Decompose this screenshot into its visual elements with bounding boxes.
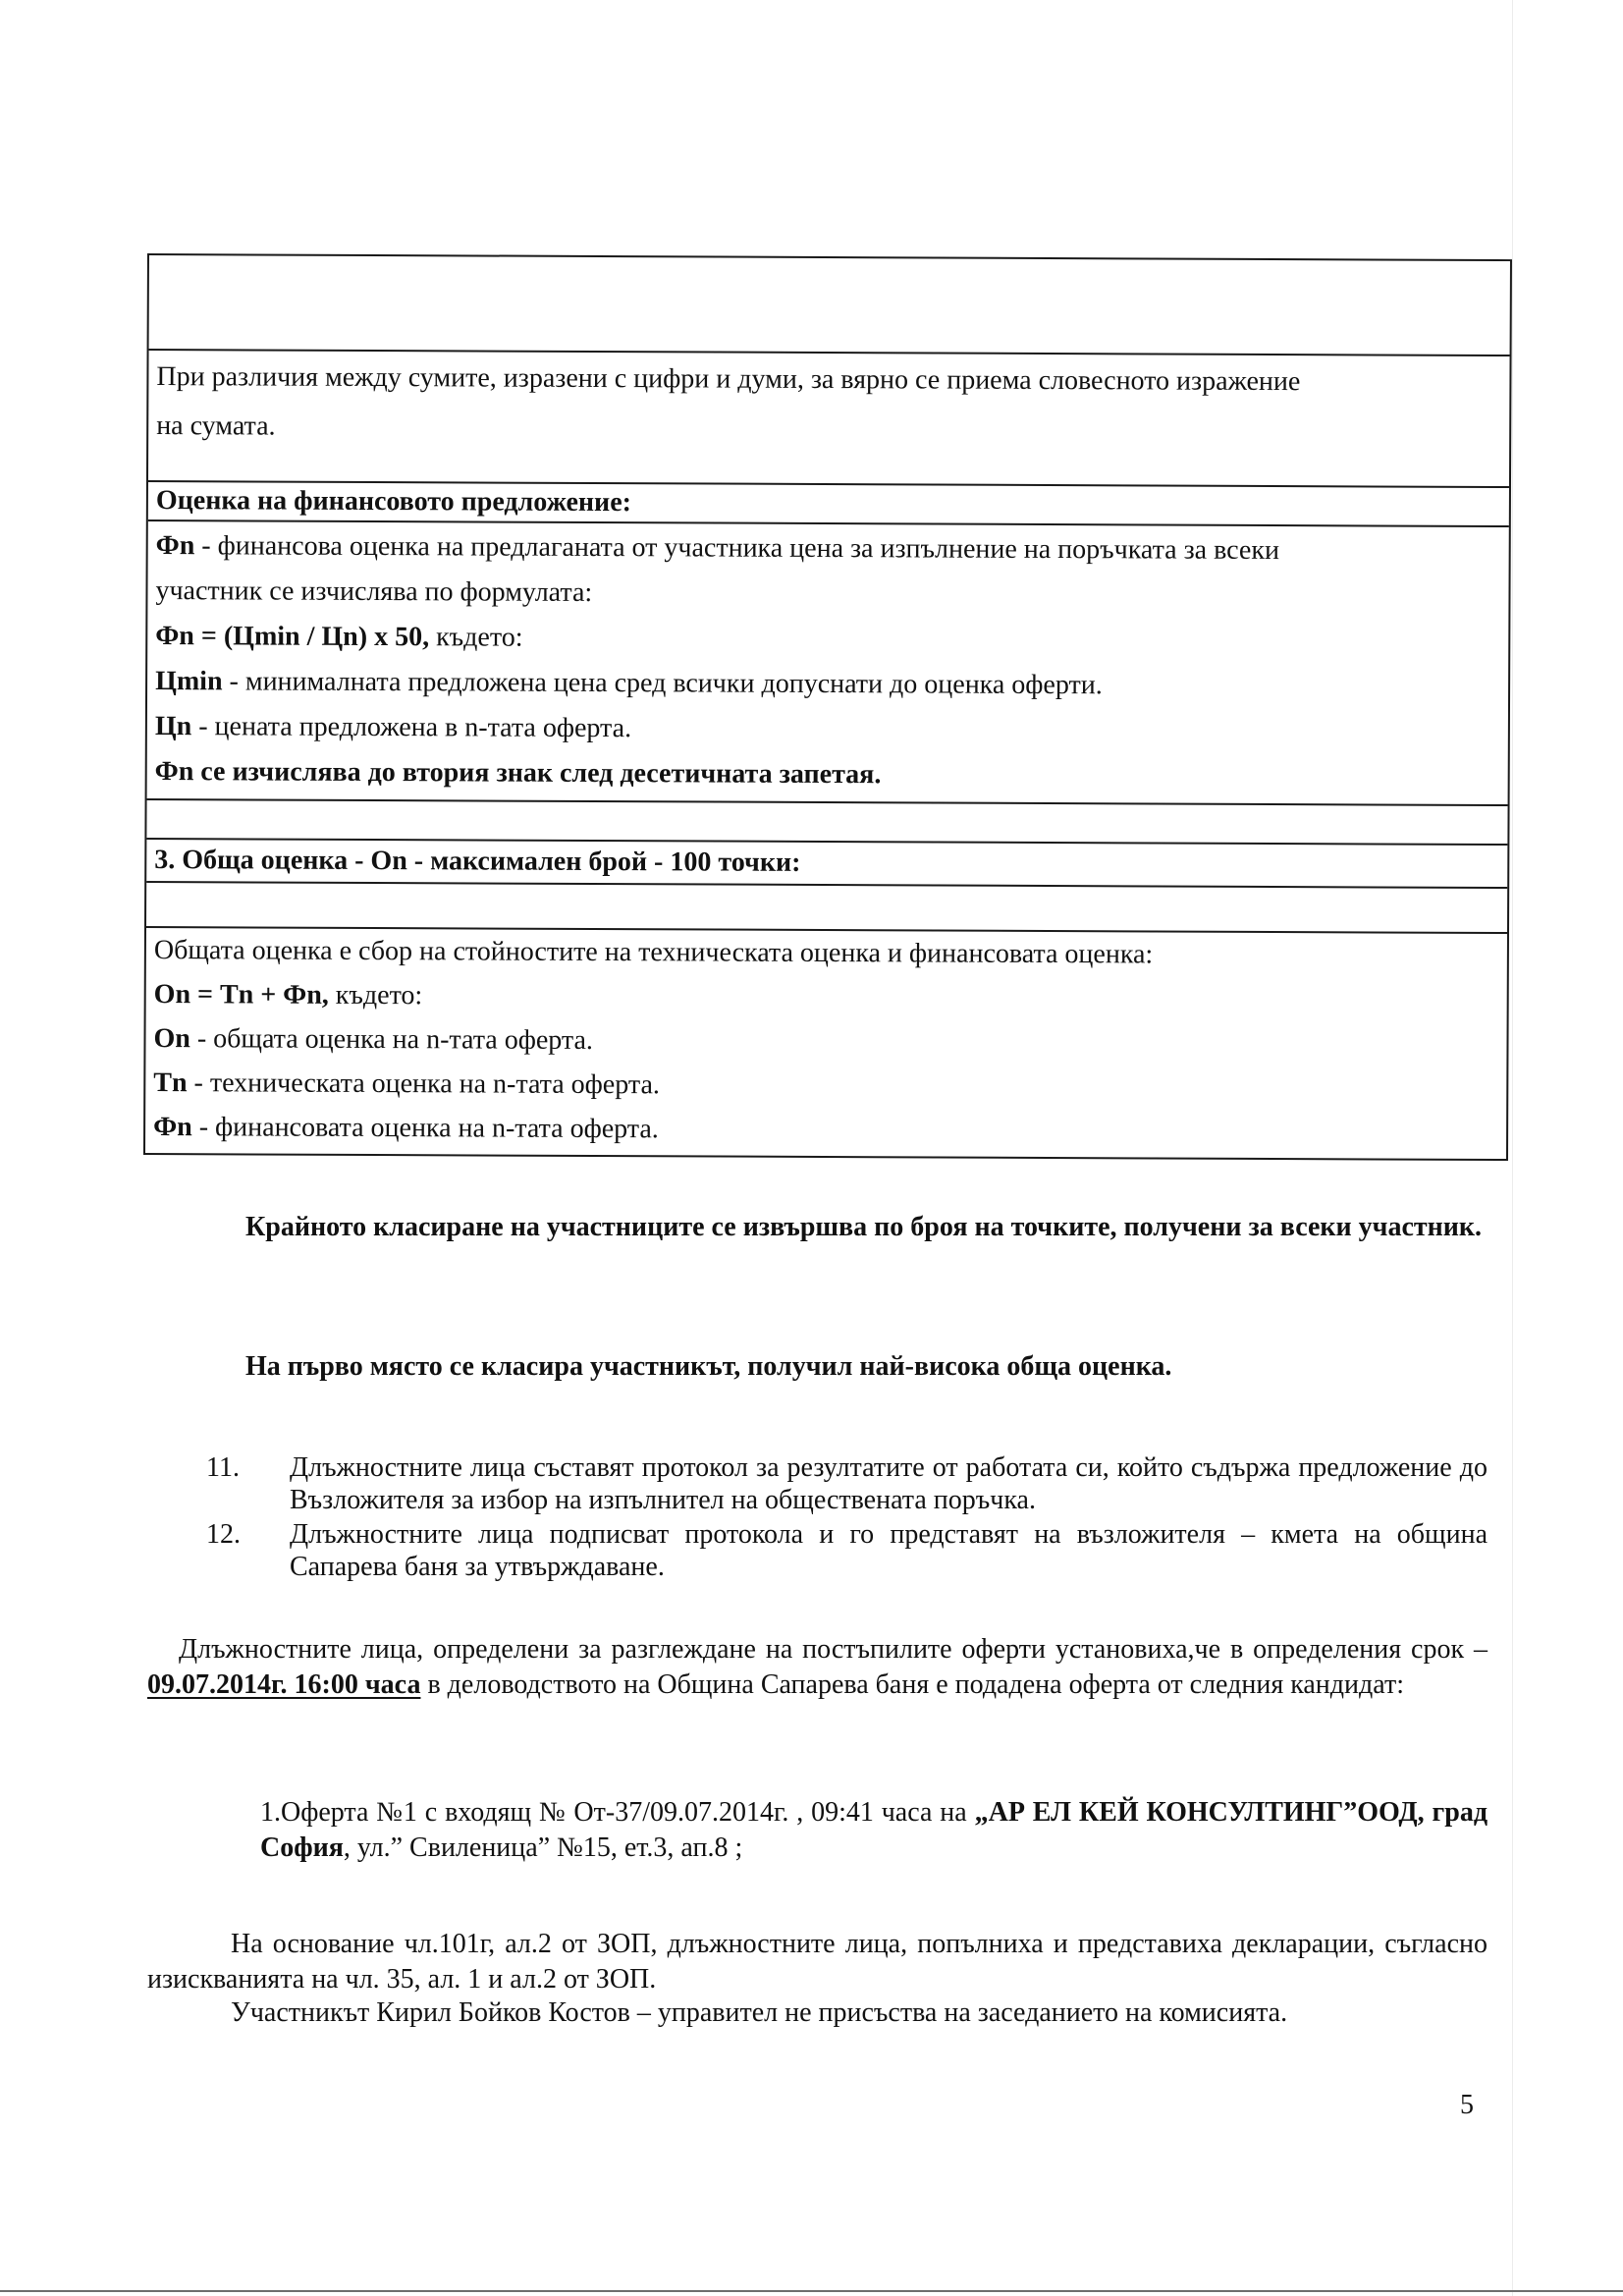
officials-text-after: в деловодството на Община Сапарева баня … — [420, 1669, 1404, 1700]
list-item: 12. Длъжностните лица подписват протокол… — [206, 1518, 1488, 1583]
fn-final-definition: Фn - финансовата оценка на n-тата оферта… — [153, 1105, 1498, 1155]
absence-paragraph: Участникът Кирил Бойков Костов – управит… — [231, 1995, 1507, 2031]
table-row-amount-discrepancy: При различия между сумите, изразени с ци… — [148, 349, 1510, 486]
table-row-total-formula: Общата оценка е сбор на стойностите на т… — [145, 926, 1507, 1159]
cn-description: - цената предложена в n-тата оферта. — [191, 711, 631, 743]
declarations-paragraph: На основание чл.101г, ал.2 от ЗОП, длъжн… — [147, 1927, 1488, 1997]
table-row-financial-formula: Фn - финансова оценка на предлаганата от… — [147, 519, 1509, 804]
numbered-list: 11. Длъжностните лица съставят протокол … — [206, 1451, 1488, 1585]
list-item-text: Длъжностните лица подписват протокола и … — [290, 1518, 1488, 1583]
financial-offer-heading: Оценка на финансовото предложение: — [148, 480, 1509, 525]
list-item-number: 12. — [206, 1518, 290, 1583]
deadline-date: 09.07.2014г. 16:00 часа — [147, 1669, 420, 1700]
on-definition: Оn - общата оценка на n-тата оферта. — [153, 1016, 1498, 1066]
fn-rounding-note: Фn се изчислява до втория знак след десе… — [155, 749, 1500, 800]
fn-definition-line2: участник се изчислява по формулата: — [155, 569, 1500, 620]
offer-prefix: 1.Оферта №1 с входящ № От-37/09.07.2014г… — [260, 1797, 975, 1828]
scan-edge-line — [1512, 0, 1513, 2296]
fn-final-term: Фn — [153, 1112, 192, 1142]
table-row-empty — [146, 881, 1507, 932]
officials-text-before: Длъжностните лица, определени за разглеж… — [179, 1634, 1488, 1665]
on-formula: Оn = Тn + Фn, където: — [154, 972, 1499, 1022]
list-item: 11. Длъжностните лица съставят протокол … — [206, 1451, 1488, 1516]
on-formula-expression: Оn = Тn + Фn, — [154, 979, 329, 1011]
fn-term: Фn — [156, 530, 195, 561]
fn-definition-line1: Фn - финансова оценка на предлаганата от… — [156, 523, 1501, 574]
on-term: Оn — [153, 1023, 189, 1054]
evaluation-criteria-table: При различия между сумите, изразени с ци… — [143, 253, 1512, 1161]
list-item-text: Длъжностните лица съставят протокол за р… — [290, 1451, 1488, 1516]
tn-definition: Тn - техническата оценка на n-тата оферт… — [153, 1061, 1498, 1111]
cn-term: Цn — [155, 711, 191, 741]
first-place-paragraph: На първо място се класира участникът, по… — [245, 1345, 1424, 1389]
on-formula-where: където: — [329, 980, 423, 1011]
cmin-term: Цmin — [155, 666, 223, 696]
officials-paragraph: Длъжностните лица, определени за разглеж… — [147, 1632, 1488, 1703]
ranking-paragraph: Крайното класиране на участниците се изв… — [152, 1206, 1492, 1249]
table-row-empty — [149, 255, 1510, 355]
cmin-definition: Цmin - минималната предложена цена сред … — [155, 659, 1500, 710]
fn-description: - финансова оценка на предлаганата от уч… — [194, 530, 1279, 566]
discrepancy-text-line2: на сумата. — [156, 402, 1501, 457]
tn-description: - техническата оценка на n-тата оферта. — [187, 1067, 659, 1100]
total-score-heading: 3. Обща оценка - Оn - максимален брой - … — [146, 838, 1507, 887]
fn-formula-where: където: — [429, 622, 523, 652]
fn-final-description: - финансовата оценка на n-тата оферта. — [192, 1112, 659, 1144]
offer-address: , ул.” Свиленица” №15, ет.3, ап.8 ; — [344, 1832, 742, 1863]
scan-bottom-edge — [0, 2290, 1623, 2292]
total-intro: Общата оценка е сбор на стойностите на т… — [154, 928, 1499, 978]
list-item-number: 11. — [206, 1451, 290, 1516]
offer-entry: 1.Оферта №1 с входящ № От-37/09.07.2014г… — [260, 1795, 1488, 1866]
discrepancy-text-line1: При различия между сумите, изразени с ци… — [156, 353, 1501, 408]
cmin-description: - минималната предложена цена сред всичк… — [223, 666, 1103, 700]
tn-term: Тn — [153, 1067, 187, 1098]
on-description: - общата оценка на n-тата оферта. — [190, 1023, 593, 1056]
fn-formula-expression: Фn = (Цmin / Цn) x 50, — [155, 621, 429, 652]
fn-formula: Фn = (Цmin / Цn) x 50, където: — [155, 614, 1500, 665]
cn-definition: Цn - цената предложена в n-тата оферта. — [155, 704, 1500, 755]
page-number: 5 — [1460, 2090, 1474, 2121]
table-row-empty — [146, 798, 1507, 844]
